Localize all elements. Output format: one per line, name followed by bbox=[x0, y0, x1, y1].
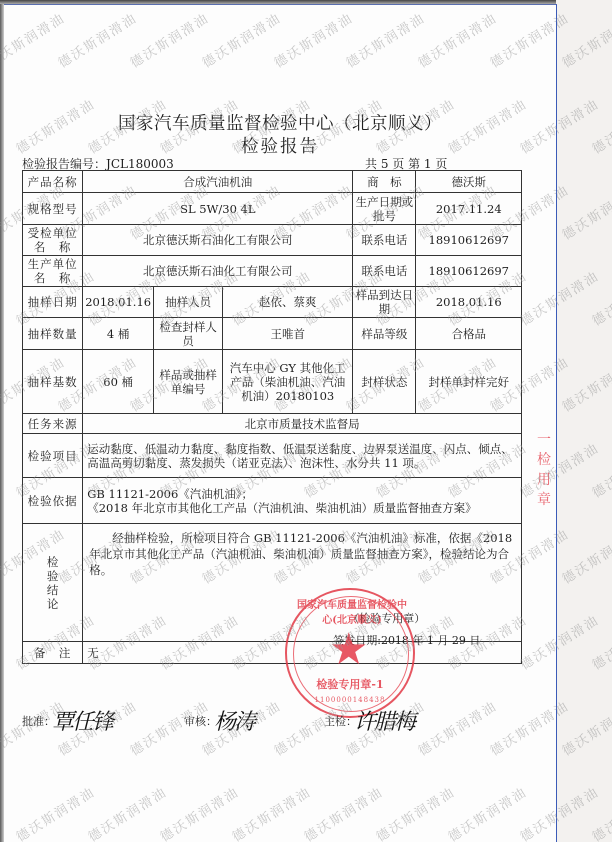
watermark-text: 德沃斯润滑油 bbox=[588, 610, 612, 674]
approve-signature: 覃任锋 bbox=[52, 705, 112, 736]
task-source-label: 任务来源 bbox=[23, 414, 83, 434]
center-title: 国家汽车质量监督检验中心（北京顺义） bbox=[0, 110, 560, 135]
watermark-text: 德沃斯润滑油 bbox=[588, 782, 612, 842]
prod-date: 2017.11.24 bbox=[416, 193, 522, 225]
sample-no: 汽车中心 GY 其他化工产品（柴油机油、汽油机油）20180103 bbox=[223, 350, 353, 414]
watermark-text: 德沃斯润滑油 bbox=[588, 94, 612, 158]
watermark-text: 德沃斯润滑油 bbox=[558, 8, 612, 72]
approve-label: 批准： bbox=[22, 713, 55, 729]
conclusion-label: 检验结论 bbox=[23, 524, 83, 642]
conclusion-text: 经抽样检验，所检项目符合 GB 11121-2006《汽油机油》标准，依据《20… bbox=[89, 530, 515, 578]
producer: 北京德沃斯石油化工有限公司 bbox=[83, 256, 353, 287]
watermark-text: 德沃斯润滑油 bbox=[558, 352, 612, 416]
inspection-basis: GB 11121-2006《汽油机油》； 《2018 年北京市其他化工产品（汽油… bbox=[83, 478, 522, 524]
trademark-label: 商 标 bbox=[353, 171, 416, 193]
official-seal: 国家汽车质量监督检验中心(北京顺义) ★ 检验专用章-1 11000001484… bbox=[285, 588, 415, 718]
sample-qty: 4 桶 bbox=[83, 318, 154, 350]
inspection-table: 产品名称 合成汽油机油 商 标 德沃斯 规格型号 SL 5W/30 4L 生产日… bbox=[22, 170, 522, 664]
star-icon: ★ bbox=[329, 628, 368, 672]
sampler: 赵依、蔡爽 bbox=[223, 287, 353, 318]
seal-bottom-text: 检验专用章-1 bbox=[287, 676, 413, 692]
arrival-date: 2018.01.16 bbox=[416, 287, 522, 318]
spec: SL 5W/30 4L bbox=[83, 193, 353, 225]
grade: 合格品 bbox=[416, 318, 522, 350]
sampling-date: 2018.01.16 bbox=[83, 287, 154, 318]
sampling-date-label: 抽样日期 bbox=[23, 287, 83, 318]
watermark-text: 德沃斯润滑油 bbox=[588, 266, 612, 330]
inspected-unit: 北京德沃斯石油化工有限公司 bbox=[83, 225, 353, 256]
base: 60 桶 bbox=[83, 350, 154, 414]
sample-qty-label: 抽样数量 bbox=[23, 318, 83, 350]
watermark-text: 德沃斯润滑油 bbox=[588, 438, 612, 502]
contact-label-1: 联系电话 bbox=[353, 225, 416, 256]
seal-state: 封样单封样完好 bbox=[416, 350, 522, 414]
watermark-text: 德沃斯润滑油 bbox=[558, 180, 612, 244]
basis-line-1: GB 11121-2006《汽油机油》； bbox=[87, 487, 519, 501]
seal-number: 1100000148438 bbox=[287, 696, 413, 704]
main-inspector-signature: 许腊梅 bbox=[354, 705, 414, 736]
prod-date-label: 生产日期或批号 bbox=[353, 193, 416, 225]
spec-label: 规格型号 bbox=[23, 193, 83, 225]
arrival-date-label: 样品到达日 期 bbox=[353, 287, 416, 318]
sampler-label: 抽样人员 bbox=[154, 287, 223, 318]
side-seal-fragment: 一检用章 bbox=[533, 430, 555, 550]
items-label: 检验项目 bbox=[23, 434, 83, 478]
task-source: 北京市质量技术监督局 bbox=[83, 414, 522, 434]
basis-label: 检验依据 bbox=[23, 478, 83, 524]
watermark-text: 德沃斯润滑油 bbox=[558, 696, 612, 760]
watermark-text: 德沃斯润滑油 bbox=[558, 524, 612, 588]
review-label: 审核： bbox=[184, 713, 217, 729]
seal-checker-label: 检查封样人 员 bbox=[154, 318, 223, 350]
producer-label: 生产单位名 称 bbox=[23, 256, 83, 287]
main-inspector-label: 主检： bbox=[324, 713, 357, 729]
seal-checker: 王唯首 bbox=[223, 318, 353, 350]
seal-top-text: 国家汽车质量监督检验中心(北京顺义) bbox=[295, 596, 409, 626]
base-label: 抽样基数 bbox=[23, 350, 83, 414]
contact-label-2: 联系电话 bbox=[353, 256, 416, 287]
review-signature: 杨涛 bbox=[214, 705, 254, 736]
contact-1: 18910612697 bbox=[416, 225, 522, 256]
remarks-label: 备 注 bbox=[23, 642, 83, 664]
grade-label: 样品等级 bbox=[353, 318, 416, 350]
basis-line-2: 《2018 年北京市其他化工产品（汽油机油、柴油机油）质量监督抽查方案》 bbox=[87, 501, 519, 515]
inspected-unit-label: 受检单位名 称 bbox=[23, 225, 83, 256]
seal-state-label: 封样状态 bbox=[353, 350, 416, 414]
sample-no-label: 样品或抽样单编号 bbox=[154, 350, 223, 414]
product-name-label: 产品名称 bbox=[23, 171, 83, 193]
contact-2: 18910612697 bbox=[416, 256, 522, 287]
trademark: 德沃斯 bbox=[416, 171, 522, 193]
inspection-items: 运动黏度、低温动力黏度、黏度指数、低温泵送黏度、边界泵送温度、闪点、倾点、高温高… bbox=[83, 434, 522, 478]
product-name: 合成汽油机油 bbox=[83, 171, 353, 193]
scan-top-edge bbox=[0, 0, 556, 4]
